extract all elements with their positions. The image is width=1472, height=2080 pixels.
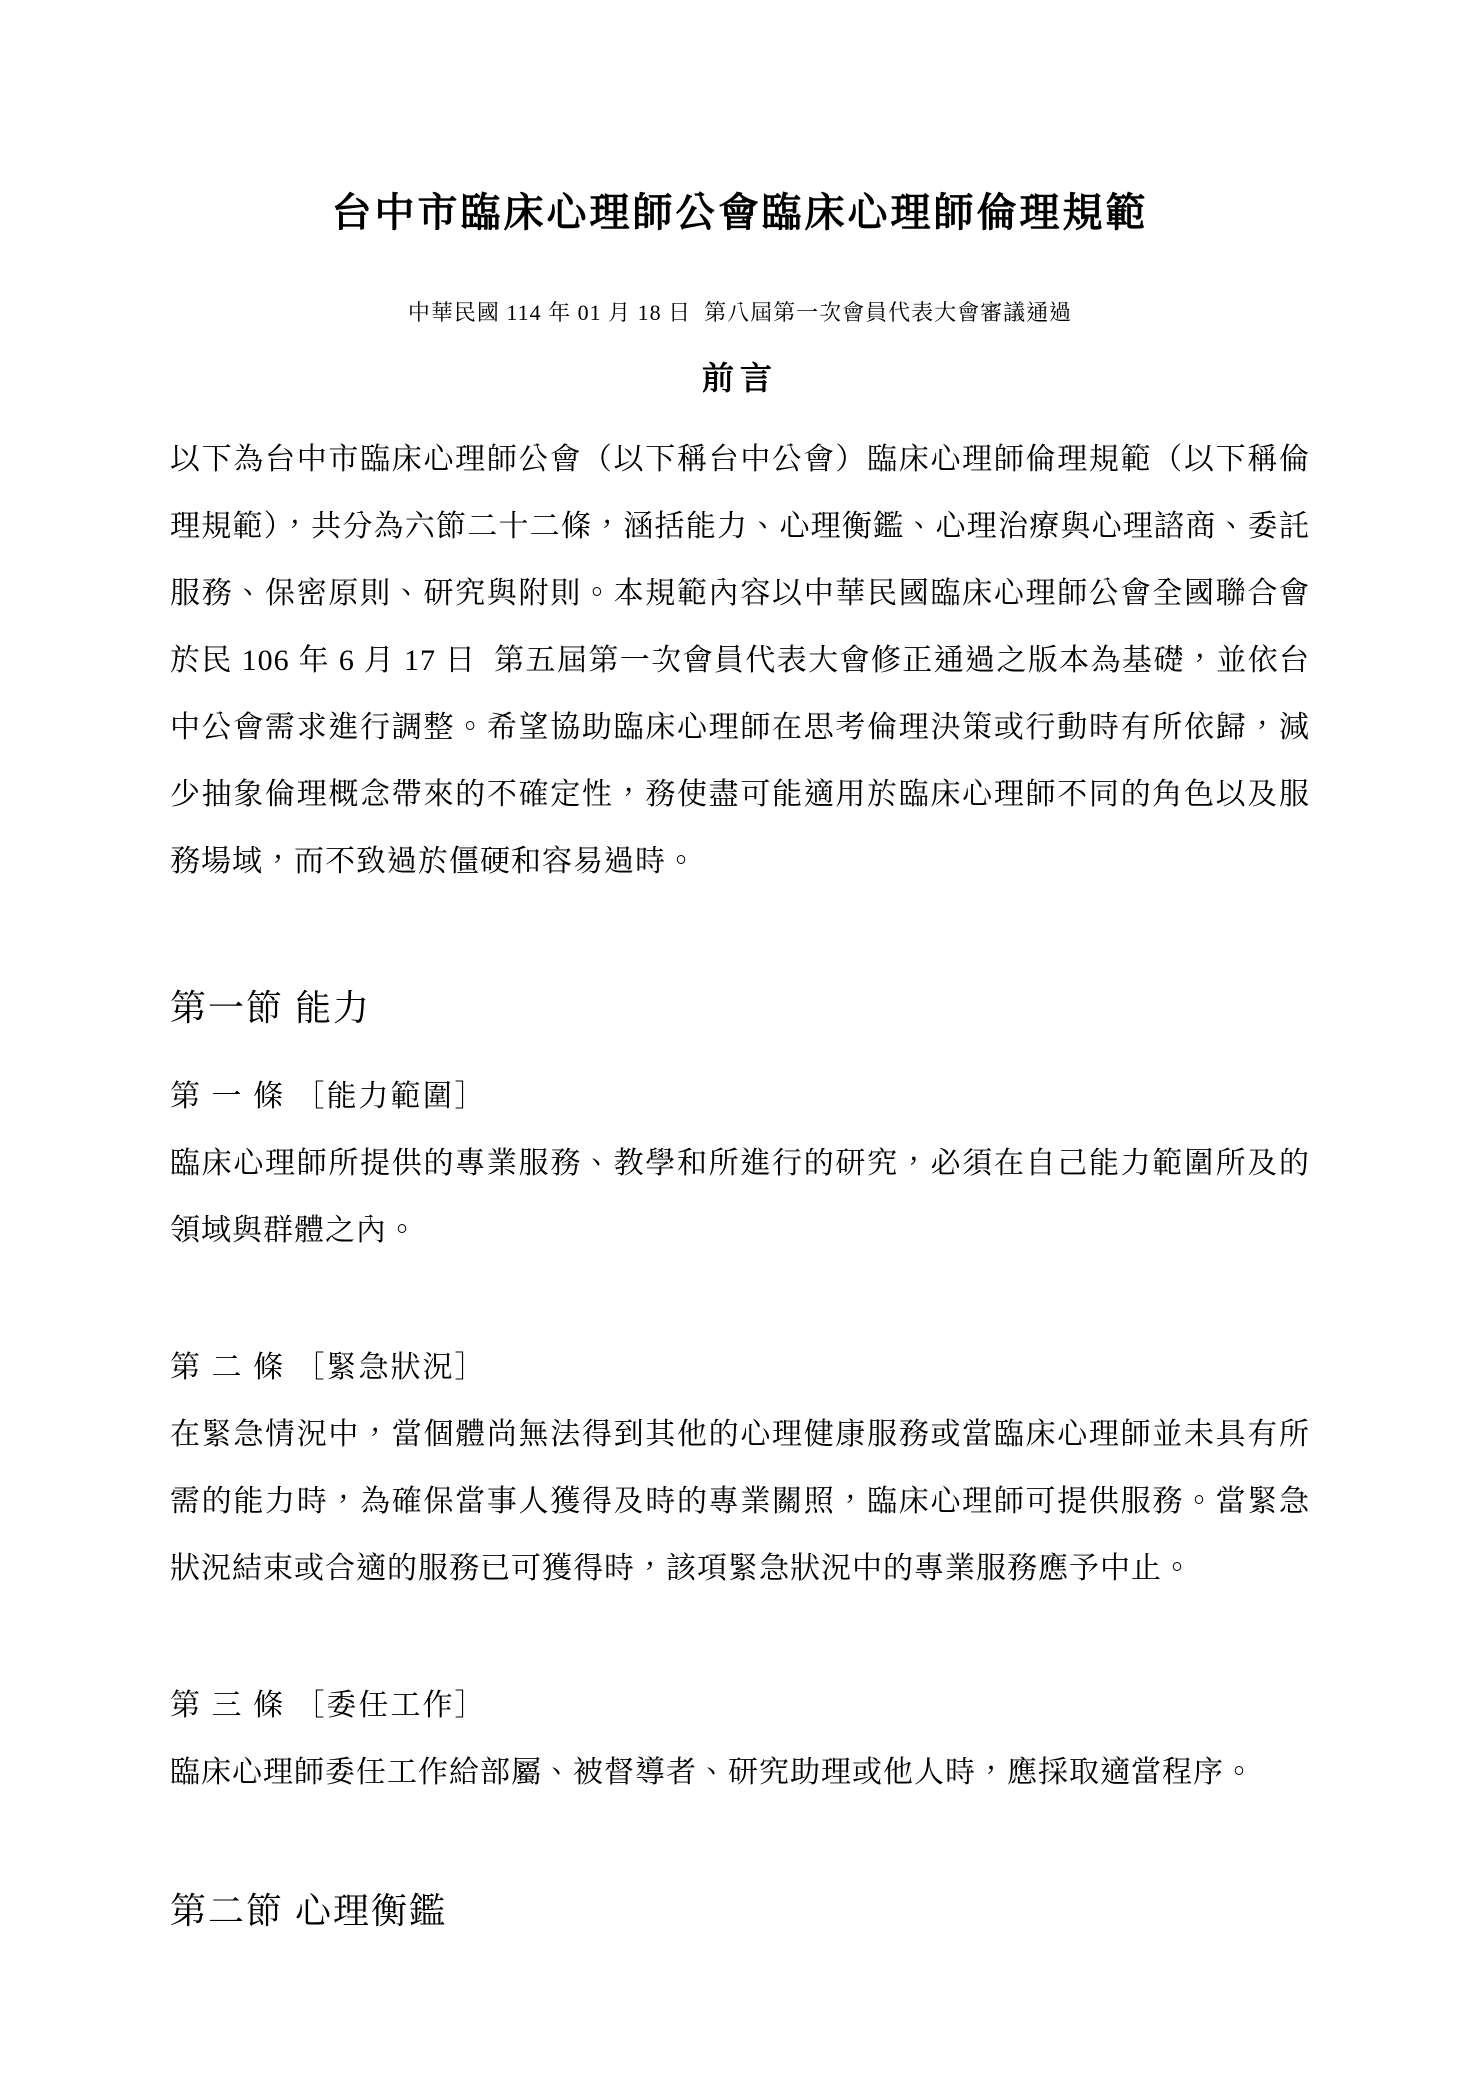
approval-line: 中華民國 114 年 01 月 18 日 第八屆第一次會員代表大會審議通過 <box>170 297 1310 328</box>
section-heading-2: 第二節 心理衡鑑 <box>170 1886 1310 1936</box>
article-3-body: 臨床心理師委任工作給部屬、被督導者、研究助理或他人時，應採取適當程序。 <box>170 1739 1310 1806</box>
article-1-label: 第 一 條 ［能力範圍］ <box>170 1063 1310 1130</box>
preface-heading: 前言 <box>170 356 1310 400</box>
article-2-body: 在緊急情況中，當個體尚無法得到其他的心理健康服務或當臨床心理師並未具有所需的能力… <box>170 1401 1310 1602</box>
article-2: 第 二 條 ［緊急狀況］ 在緊急情況中，當個體尚無法得到其他的心理健康服務或當臨… <box>170 1334 1310 1602</box>
article-1: 第 一 條 ［能力範圍］ 臨床心理師所提供的專業服務、教學和所進行的研究，必須在… <box>170 1063 1310 1264</box>
article-3-label: 第 三 條 ［委任工作］ <box>170 1672 1310 1739</box>
article-1-body: 臨床心理師所提供的專業服務、教學和所進行的研究，必須在自己能力範圍所及的領域與群… <box>170 1130 1310 1264</box>
document-page: 台中市臨床心理師公會臨床心理師倫理規範 中華民國 114 年 01 月 18 日… <box>0 0 1472 2080</box>
article-3: 第 三 條 ［委任工作］ 臨床心理師委任工作給部屬、被督導者、研究助理或他人時，… <box>170 1672 1310 1806</box>
section-heading-1: 第一節 能力 <box>170 983 1310 1033</box>
document-title: 台中市臨床心理師公會臨床心理師倫理規範 <box>170 187 1310 239</box>
preface-paragraph: 以下為台中市臨床心理師公會（以下稱台中公會）臨床心理師倫理規範（以下稱倫理規範）… <box>170 426 1310 895</box>
article-2-label: 第 二 條 ［緊急狀況］ <box>170 1334 1310 1401</box>
